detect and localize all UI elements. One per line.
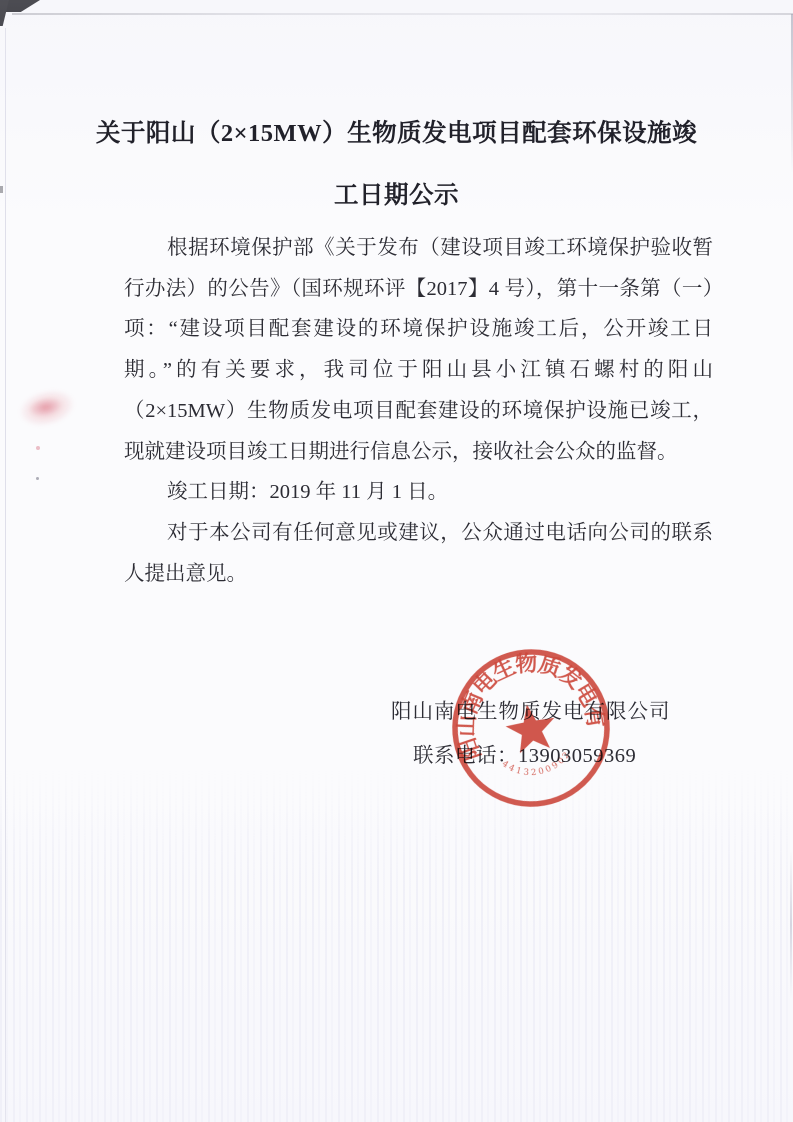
paragraph-legal-basis: 根据环境保护部《关于发布（建设项目竣工环境保护验收暂行办法）的公告》（国环规环评… xyxy=(124,228,713,472)
notice-title-block: 关于阳山（2×15MW）生物质发电项目配套环保设施竣工日期公示 xyxy=(0,103,793,227)
seal-star-icon xyxy=(502,700,559,755)
scanner-streak-texture xyxy=(0,770,793,1122)
dust-speck xyxy=(36,477,39,480)
notice-body: 根据环境保护部《关于发布（建设项目竣工环境保护验收暂行办法）的公告》（国环规环评… xyxy=(124,228,713,594)
paragraph-completion-date: 竣工日期：2019 年 11 月 1 日。 xyxy=(124,472,713,513)
scan-edge-line-top xyxy=(12,13,793,15)
scanned-document-page: 关于阳山（2×15MW）生物质发电项目配套环保设施竣工日期公示 根据环境保护部《… xyxy=(0,0,793,1122)
seal-code-text-wrap: 4413200902 xyxy=(499,747,577,784)
notice-title: 关于阳山（2×15MW）生物质发电项目配套环保设施竣工日期公示 xyxy=(93,103,701,227)
company-seal-stamp: 阳山南电生物质发电有限公司 4413200902 xyxy=(436,633,626,823)
seal-code-text: 4413200902 xyxy=(499,747,577,784)
company-seal-svg: 阳山南电生物质发电有限公司 4413200902 xyxy=(436,633,626,823)
scan-corner-mark-2 xyxy=(0,0,9,26)
paragraph-feedback: 对于本公司有任何意见或建议，公众通过电话向公司的联系人提出意见。 xyxy=(124,513,713,594)
ink-dot xyxy=(36,446,40,450)
